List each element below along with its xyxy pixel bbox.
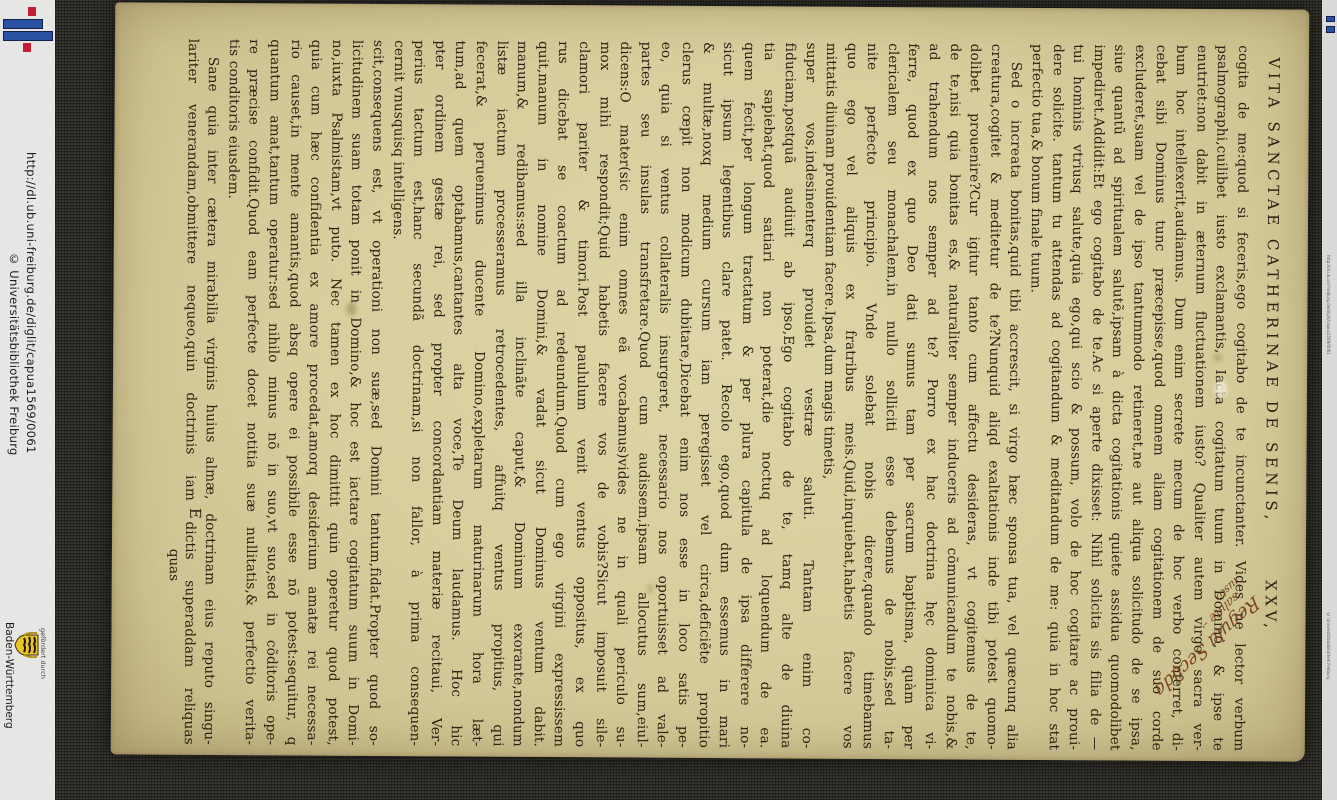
text-line: fecerat,& peruenimus ducente Domino,expl… [466, 41, 491, 747]
paper-stain [1213, 353, 1222, 362]
paper-stain [346, 302, 356, 316]
metadata-sidebar: http://dl.ub.uni-freiburg.de/diglit/capu… [0, 0, 55, 800]
ub-freiburg-logo-icon [0, 0, 55, 60]
scanned-page: VITA SANCTAE CATHERINAE DE SENIS, XXV, c… [111, 2, 1310, 761]
adjacent-frame-sliver: http://dl.ub.uni-freiburg.de/diglit/capu… [1322, 0, 1337, 800]
text-line: & multæ,noxq medium cursum iam peregisse… [693, 42, 718, 748]
chapter-heading: VITA SANCTAE CATHERINAE DE SENIS, XXV, [1261, 57, 1283, 632]
text-line: Sed o increata bonitas,quid tibi accresc… [1002, 44, 1027, 750]
body-text-block: cogita de me:quod si feceris,ego cogitab… [178, 39, 1253, 752]
text-line: rio causet,in mente amantis,quod absq op… [281, 39, 306, 745]
text-line: de te,nisi quia bonitas es,& naturaliter… [940, 43, 965, 749]
text-line: ad trahendum nos semper ad te? Porro ex … [919, 43, 944, 749]
text-line: lariter venerandam,obmittere nequeo,quin… [178, 39, 203, 745]
logo-fragment [1326, 16, 1335, 22]
text-line: clericalem seu monachalem,in nullo solli… [878, 43, 903, 749]
logo-red-square [23, 43, 31, 52]
text-line: fiduciam,postquã audiuit ab ipso,Ego cog… [775, 42, 800, 748]
logo-blue-bar [3, 19, 43, 29]
funding-region-text: Baden-Württemberg [3, 622, 15, 729]
text-line: mox mihi respondit;Quid habetis facere v… [590, 41, 615, 747]
baden-wuerttemberg-crest-icon [14, 632, 40, 682]
copyright-text: © Universitätsbibliothek Freiburg [7, 252, 21, 456]
text-line: listæ iactum processeramus retrocedentes… [487, 41, 512, 747]
text-line: cogita de me:quod si feceris,ego cogitab… [1228, 45, 1253, 751]
text-line: Sane quia inter cætera mirabilia virgini… [198, 39, 223, 745]
text-line: quit,manum in nomine Domini,& vadat sicu… [528, 41, 553, 747]
logo-blue-bar [3, 31, 53, 41]
signature-mark: E [186, 508, 204, 519]
page-content-rotated: VITA SANCTAE CATHERINAE DE SENIS, XXV, c… [111, 2, 1310, 761]
text-line: partes seu insulas transfretare.Quod cum… [631, 42, 656, 748]
paper-stain [647, 584, 654, 594]
text-line: quem fecit,per longum tractatum & per pl… [734, 42, 759, 748]
text-line: clamori pariter & timori.Post paululum v… [569, 41, 594, 747]
chapter-title: VITA SANCTAE CATHERINAE DE SENIS, [1262, 57, 1283, 524]
text-line: excluderet,suam vel de ipso tantummodo r… [1125, 45, 1150, 751]
text-line: super vos,indesinenterq prouidet vestræ … [796, 43, 821, 749]
funding-note-text: gefördert durch [39, 628, 47, 679]
text-line: dere solicite. tantum tu attendas ad cog… [1043, 44, 1068, 750]
text-line: pter ordinem gestæ rei, sed propter conc… [425, 40, 450, 746]
document-url-text: http://dl.ub.uni-freiburg.de/diglit/capu… [24, 152, 38, 454]
edge-tiny-copyright-text: © Universitätsbibliothek Freiburg [1326, 612, 1331, 680]
logo-fragment [1326, 26, 1335, 33]
text-line: clerus cœpit non modicum dubitare,Diceba… [672, 42, 697, 748]
text-line: scit,consequens est, vt operationi non s… [363, 40, 388, 746]
catchword: quas [166, 549, 182, 581]
digitized-book-scan-viewer: VITA SANCTAE CATHERINAE DE SENIS, XXV, c… [0, 0, 1337, 800]
text-line: impediret.Addidit:Et ego cogitabo de te.… [1084, 44, 1109, 750]
chapter-number: XXV, [1261, 580, 1279, 632]
text-line: no,iuxta Psalmistam,vt puto. Nec tamen e… [322, 40, 347, 746]
text-line: creatura,cogitet & meditetur de te?Nunqu… [981, 44, 1006, 750]
logo-red-square [28, 7, 36, 16]
text-line: quo ego vel aliquis ex fratribus meis.Qu… [837, 43, 862, 749]
edge-tiny-url-text: http://dl.ub.uni-freiburg.de/diglit/capu… [1326, 255, 1331, 355]
paper-scuff [1215, 381, 1227, 397]
